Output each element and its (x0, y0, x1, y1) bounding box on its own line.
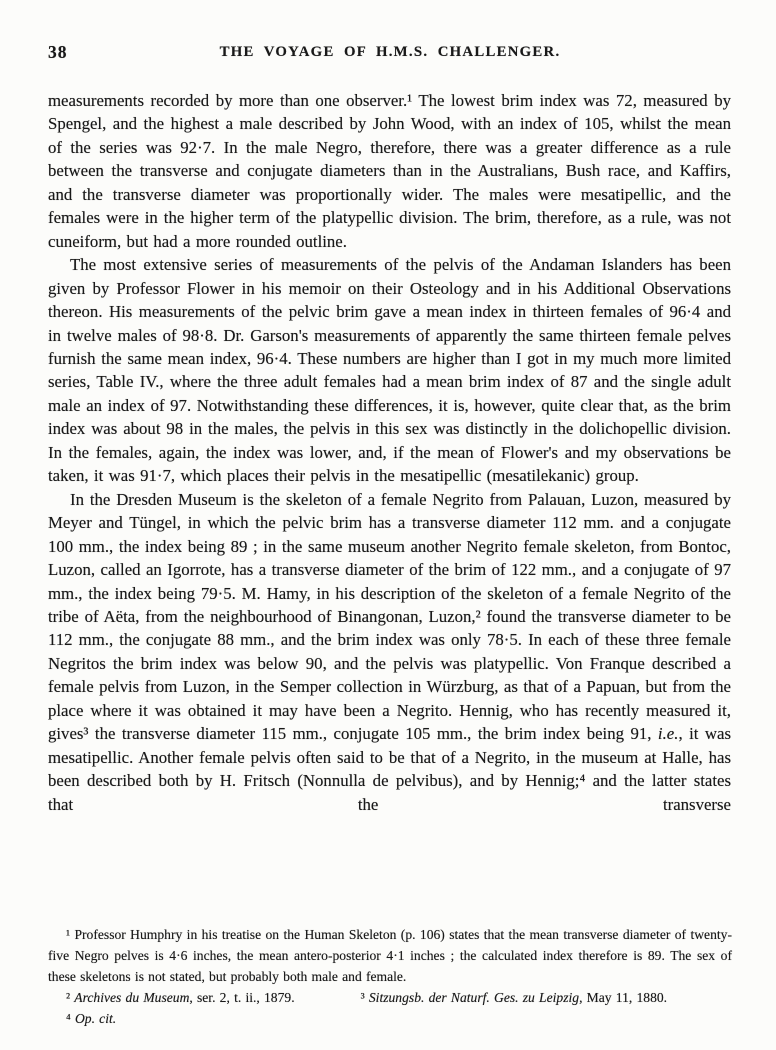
footnote-4: ⁴ Op. cit. (48, 1009, 732, 1030)
paragraph-negrito-pelves: In the Dresden Museum is the skeleton of… (48, 488, 731, 816)
footnote-3-source-title: Sitzungsb. der Naturf. Ges. zu Leipzig (369, 990, 579, 1005)
footnote-4-marker: ⁴ (66, 1011, 75, 1026)
footnote-1: ¹ Professor Humphry in his treatise on t… (48, 925, 732, 988)
footnote-3-marker: ³ (361, 990, 369, 1005)
paragraph-3-text: In the Dresden Museum is the skeleton of… (48, 490, 731, 744)
footnote-3: ³ Sitzungsb. der Naturf. Ges. zu Leipzig… (361, 990, 667, 1005)
paragraph-continuation: measurements recorded by more than one o… (48, 89, 731, 253)
footnote-2-source-title: Archives du Museum (74, 990, 189, 1005)
footnote-2: ² Archives du Museum, ser. 2, t. ii., 18… (66, 990, 295, 1005)
running-title: THE VOYAGE OF H.M.S. CHALLENGER. (48, 42, 732, 61)
book-page: 38 THE VOYAGE OF H.M.S. CHALLENGER. meas… (0, 0, 776, 1050)
footnote-3-citation-detail: , May 11, 1880. (579, 990, 667, 1005)
page-body: measurements recorded by more than one o… (48, 89, 731, 816)
footnote-row-2-3: ² Archives du Museum, ser. 2, t. ii., 18… (48, 988, 732, 1009)
footnote-2-citation-detail: , ser. 2, t. ii., 1879. (189, 990, 294, 1005)
footnotes-block: ¹ Professor Humphry in his treatise on t… (48, 925, 732, 1030)
footnote-4-text: Op. cit. (75, 1011, 116, 1026)
latin-abbreviation-ie: i.e. (658, 724, 679, 743)
page-header: 38 THE VOYAGE OF H.M.S. CHALLENGER. (48, 42, 732, 64)
page-number: 38 (48, 42, 68, 63)
paragraph-andaman-measurements: The most extensive series of measurement… (48, 253, 731, 488)
